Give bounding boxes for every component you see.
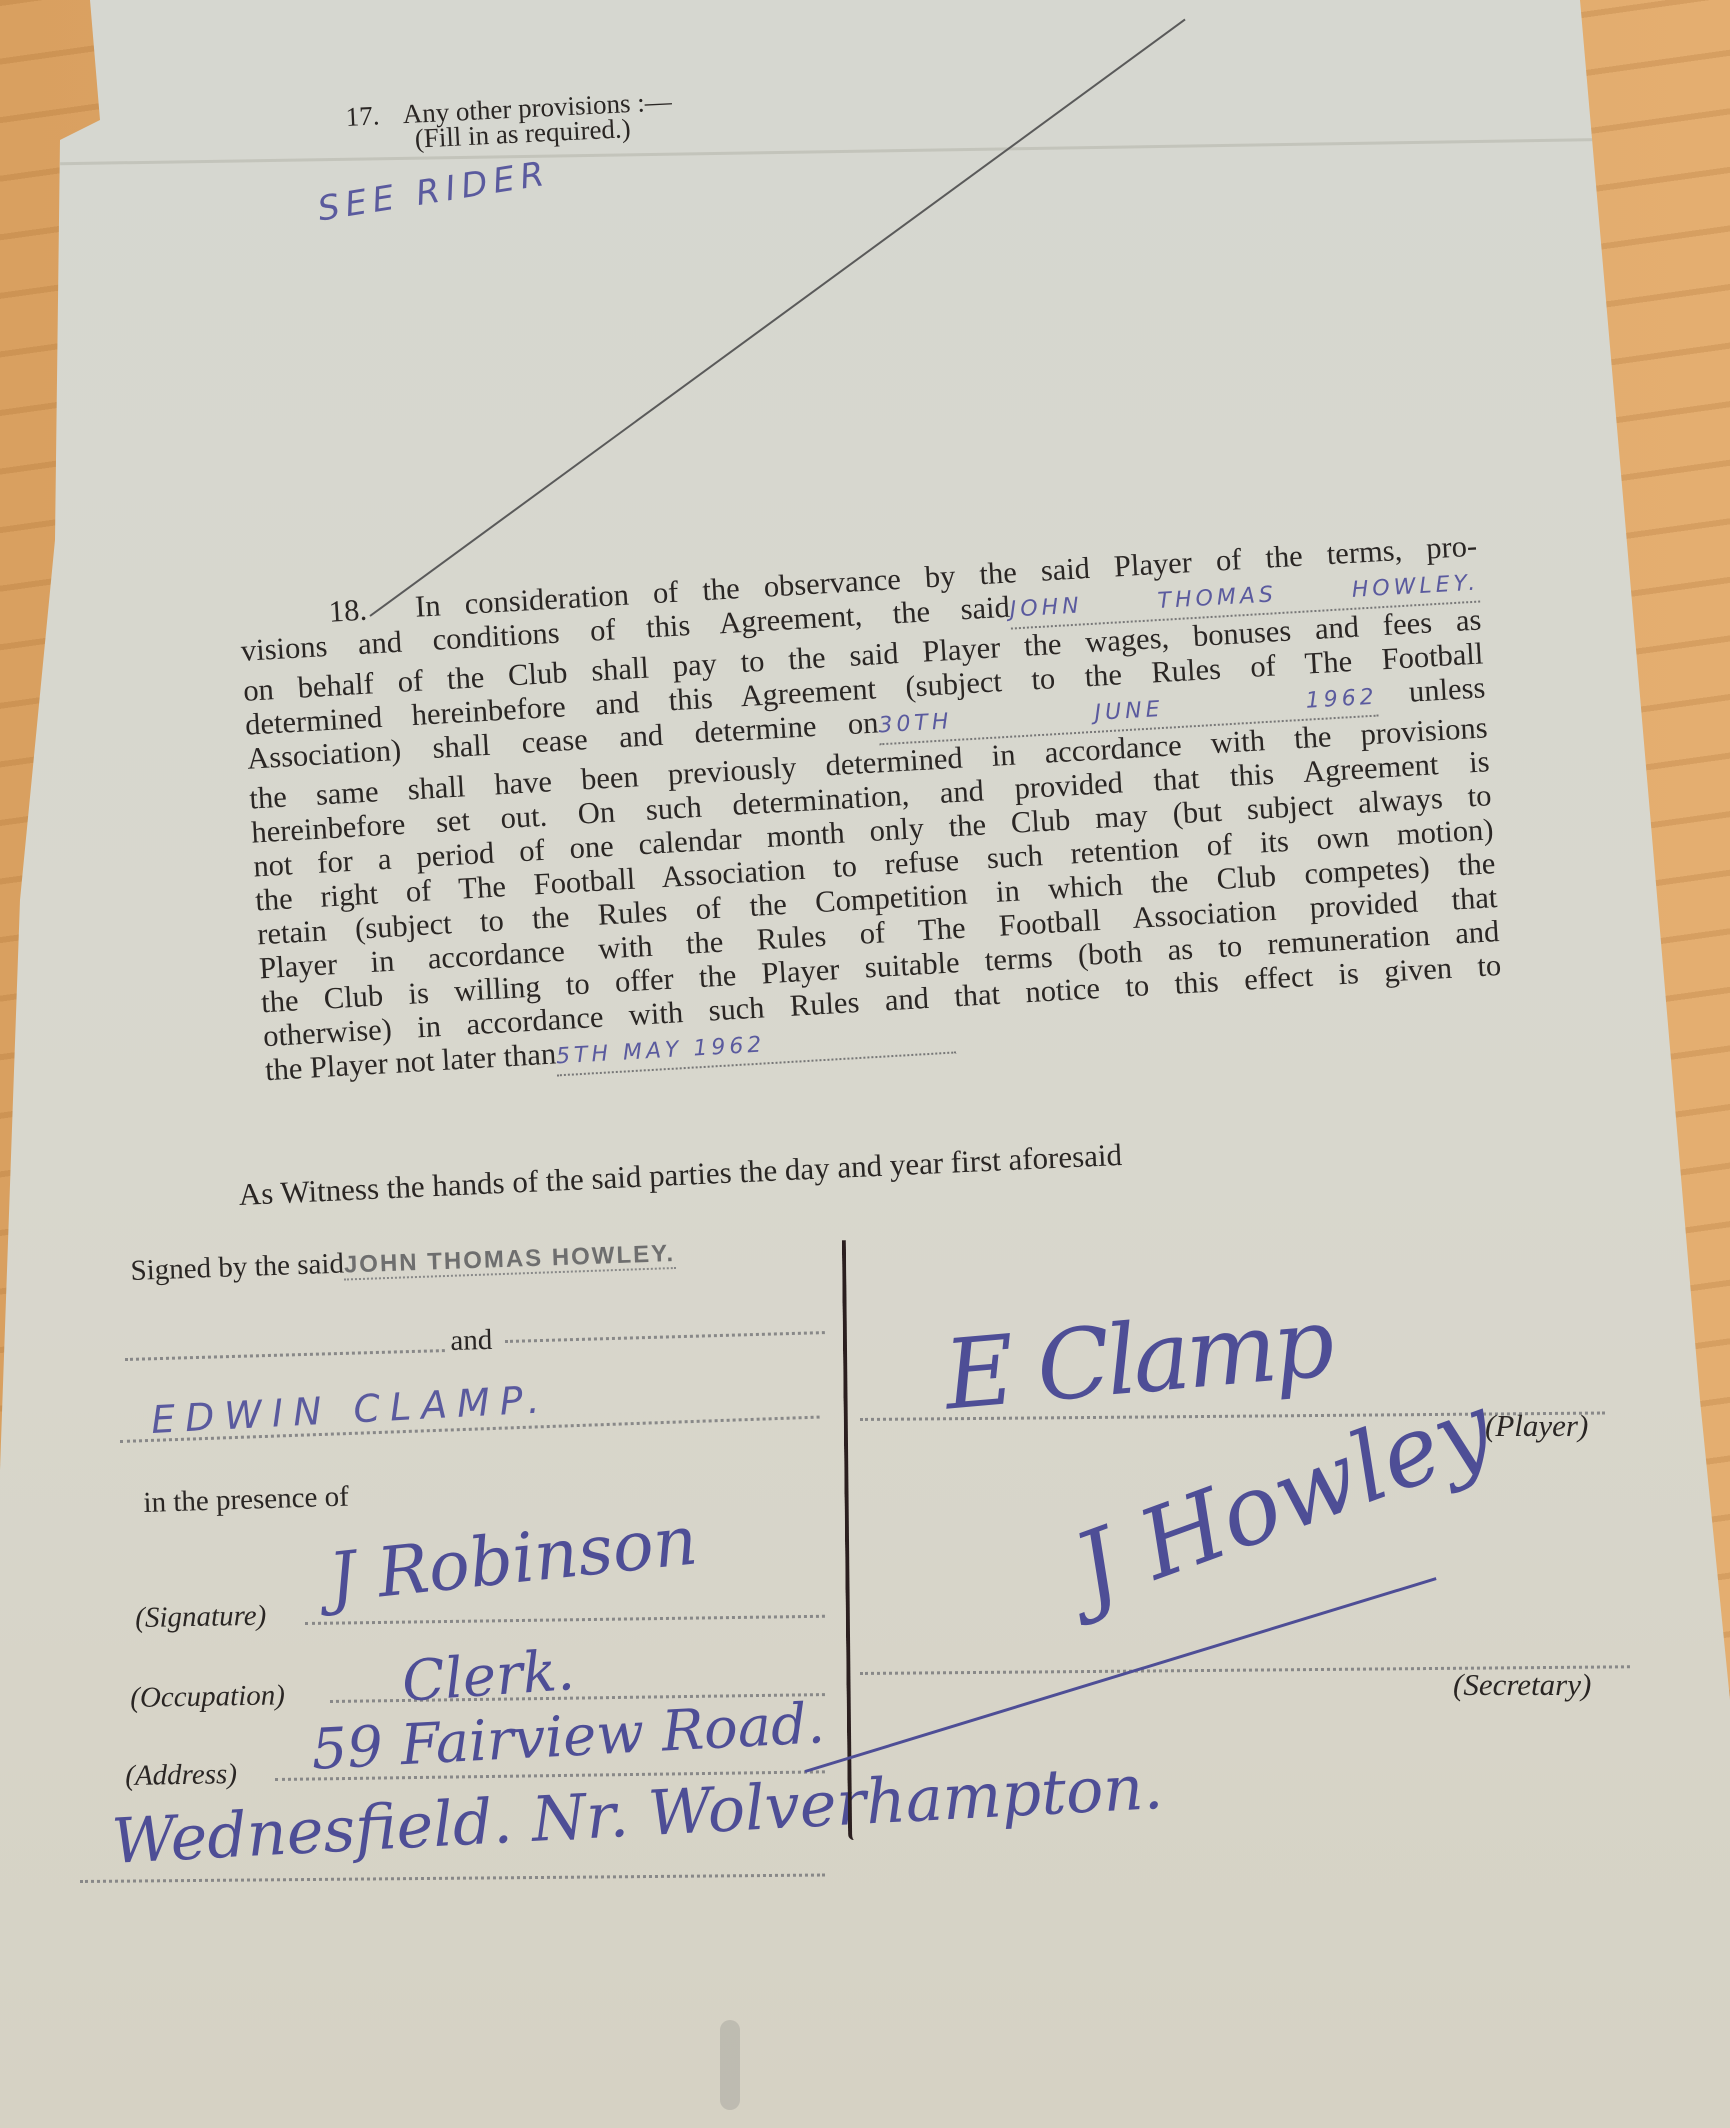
clause-18: 18. In consideration of the observance b… <box>238 529 1504 1094</box>
and-dotted-line-right <box>505 1331 825 1343</box>
notice-date-handwritten: 5TH MAY 1962 <box>555 1032 766 1069</box>
address-label: (Address) <box>125 1758 237 1793</box>
contract-page: 17. Any other provisions :— (Fill in as … <box>0 0 1730 2128</box>
player-signature: E Clamp <box>940 1286 1335 1431</box>
secretary-role-label: (Secretary) <box>1453 1667 1591 1703</box>
occupation-label: (Occupation) <box>130 1679 285 1715</box>
occupation-value: Clerk. <box>400 1638 577 1715</box>
clause-17-handwritten-value: SEE RIDER <box>315 153 553 229</box>
address-line-2: Wednesfield. Nr. Wolverhampton. <box>110 1750 1165 1878</box>
address-dotted-line-2 <box>80 1873 825 1883</box>
witness-signature: J Robinson <box>325 1501 701 1618</box>
player-role-label: (Player) <box>1485 1408 1588 1444</box>
witness-signature-dotted-line <box>305 1615 825 1625</box>
signed-by-stamped-name: JOHN THOMAS HOWLEY. <box>343 1240 675 1281</box>
witness-heading: As Witness the hands of the said parties… <box>238 1137 1123 1213</box>
clause-18-number: 18. <box>328 593 368 629</box>
and-dotted-line-left <box>125 1349 445 1361</box>
clause-17: 17. Any other provisions :— (Fill in as … <box>345 86 674 158</box>
paper-fold-crease <box>60 138 1620 166</box>
witness-signature-label: (Signature) <box>135 1600 267 1635</box>
presence-label: in the presence of <box>143 1481 349 1520</box>
paper-smudge <box>720 2020 740 2110</box>
signed-by-line: Signed by the saidJOHN THOMAS HOWLEY. <box>130 1236 676 1288</box>
clause-17-number: 17. <box>345 100 380 132</box>
address-line-1: 59 Fairview Road. <box>310 1691 826 1783</box>
signed-by-label: Signed by the said <box>130 1248 344 1287</box>
unless-word: unless <box>1408 670 1486 708</box>
and-label: and <box>450 1324 493 1358</box>
